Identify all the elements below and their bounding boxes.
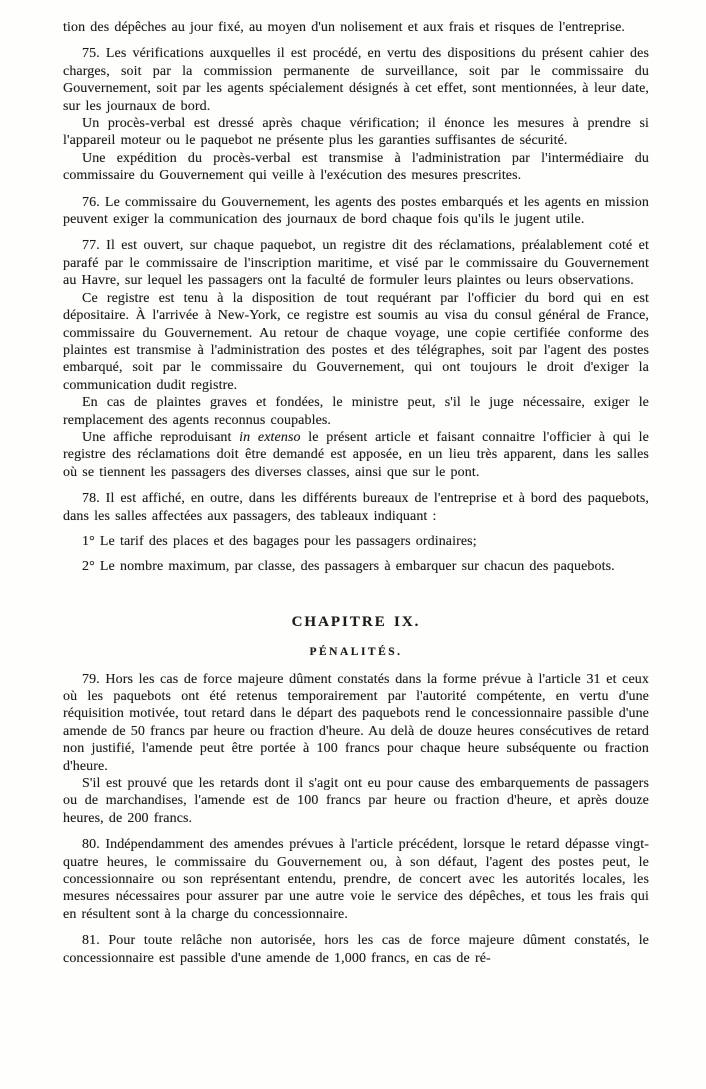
list-item: 1° Le tarif des places et des bagages po…: [63, 533, 649, 550]
paragraph-continuation: tion des dépêches au jour fixé, au moyen…: [63, 19, 649, 36]
paragraph: Une affiche reproduisant in extenso le p…: [63, 429, 649, 481]
chapter-subheading: PÉNALITÉS.: [63, 644, 649, 661]
chapter-heading: CHAPITRE IX.: [63, 614, 649, 631]
paragraph: S'il est prouvé que les retards dont il …: [63, 775, 649, 827]
list-item: 2° Le nombre maximum, par classe, des pa…: [63, 558, 649, 575]
article-paragraph: 81. Pour toute relâche non autorisée, ho…: [63, 932, 649, 967]
article-paragraph: 77. Il est ouvert, sur chaque paquebot, …: [63, 237, 649, 289]
paragraph: Une expédition du procès-verbal est tran…: [63, 150, 649, 185]
text-run: Une affiche reproduisant: [82, 430, 239, 445]
article-paragraph: 80. Indépendamment des amendes prévues à…: [63, 836, 649, 923]
paragraph: Un procès-verbal est dressé après chaque…: [63, 115, 649, 150]
article-paragraph: 76. Le commissaire du Gouvernement, les …: [63, 194, 649, 229]
article-paragraph: 75. Les vérifications auxquelles il est …: [63, 45, 649, 115]
paragraph: En cas de plaintes graves et fondées, le…: [63, 394, 649, 429]
paragraph: Ce registre est tenu à la disposition de…: [63, 290, 649, 394]
page-text: tion des dépêches au jour fixé, au moyen…: [63, 19, 649, 967]
article-paragraph: 78. Il est affiché, en outre, dans les d…: [63, 490, 649, 525]
scanned-page: tion des dépêches au jour fixé, au moyen…: [0, 0, 706, 1089]
article-paragraph: 79. Hors les cas de force majeure dûment…: [63, 671, 649, 775]
italic-phrase: in extenso: [239, 430, 300, 445]
